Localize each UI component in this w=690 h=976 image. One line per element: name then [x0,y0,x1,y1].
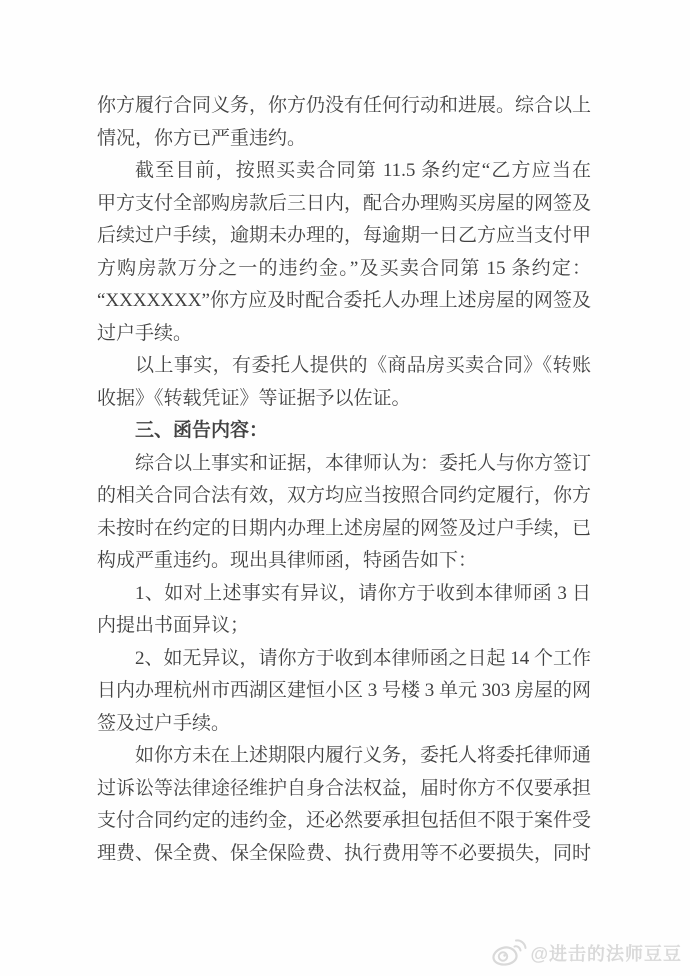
text-line: 支付合同约定的违约金，还必然要承担包括但不限于案件受 [97,805,591,838]
text-line: 甲方支付全部购房款后三日内，配合办理购买房屋的网签及 [97,188,591,221]
text-line: 如你方未在上述期限内履行义务，委托人将委托律师通 [97,740,591,773]
text-line: 内提出书面异议； [97,610,591,643]
text-line: 情况，你方已严重违约。 [97,123,591,156]
watermark-handle: @进击的法师豆豆 [530,940,682,966]
text-line: 后续过户手续，逾期未办理的，每逾期一日乙方应当支付甲 [97,220,591,253]
watermark: @进击的法师豆豆 [489,938,682,968]
text-line: 截至目前，按照买卖合同第 11.5 条约定“乙方应当在 [97,155,591,188]
text-line: 理费、保全费、保全保险费、执行费用等不必要损失，同时 [97,838,591,871]
document-body: 你方履行合同义务，你方仍没有任何行动和进展。综合以上情况，你方已严重违约。截至目… [97,90,591,870]
weibo-icon [489,938,527,968]
text-line: 你方履行合同义务，你方仍没有任何行动和进展。综合以上 [97,90,591,123]
text-line: 收据》《转载凭证》等证据予以佐证。 [97,383,591,416]
text-line: 三、函告内容： [97,415,591,448]
document-page: 你方履行合同义务，你方仍没有任何行动和进展。综合以上情况，你方已严重违约。截至目… [0,0,690,976]
text-line: 过诉讼等法律途径维护自身合法权益，届时你方不仅要承担 [97,773,591,806]
text-line: 2、如无异议，请你方于收到本律师函之日起 14 个工作 [97,643,591,676]
text-line: 日内办理杭州市西湖区建恒小区 3 号楼 3 单元 303 房屋的网 [97,675,591,708]
text-line: 的相关合同合法有效，双方均应当按照合同约定履行，你方 [97,480,591,513]
text-line: “XXXXXXX”你方应及时配合委托人办理上述房屋的网签及 [97,285,591,318]
text-line: 以上事实，有委托人提供的《商品房买卖合同》《转账 [97,350,591,383]
text-line: 构成严重违约。现出具律师函，特函告如下： [97,545,591,578]
text-line: 签及过户手续。 [97,708,591,741]
text-line: 综合以上事实和证据，本律师认为：委托人与你方签订 [97,448,591,481]
text-line: 1、如对上述事实有异议，请你方于收到本律师函 3 日 [97,578,591,611]
text-line: 未按时在约定的日期内办理上述房屋的网签及过户手续，已 [97,513,591,546]
text-line: 过户手续。 [97,318,591,351]
text-line: 方购房款万分之一的违约金。”及买卖合同第 15 条约定： [97,253,591,286]
